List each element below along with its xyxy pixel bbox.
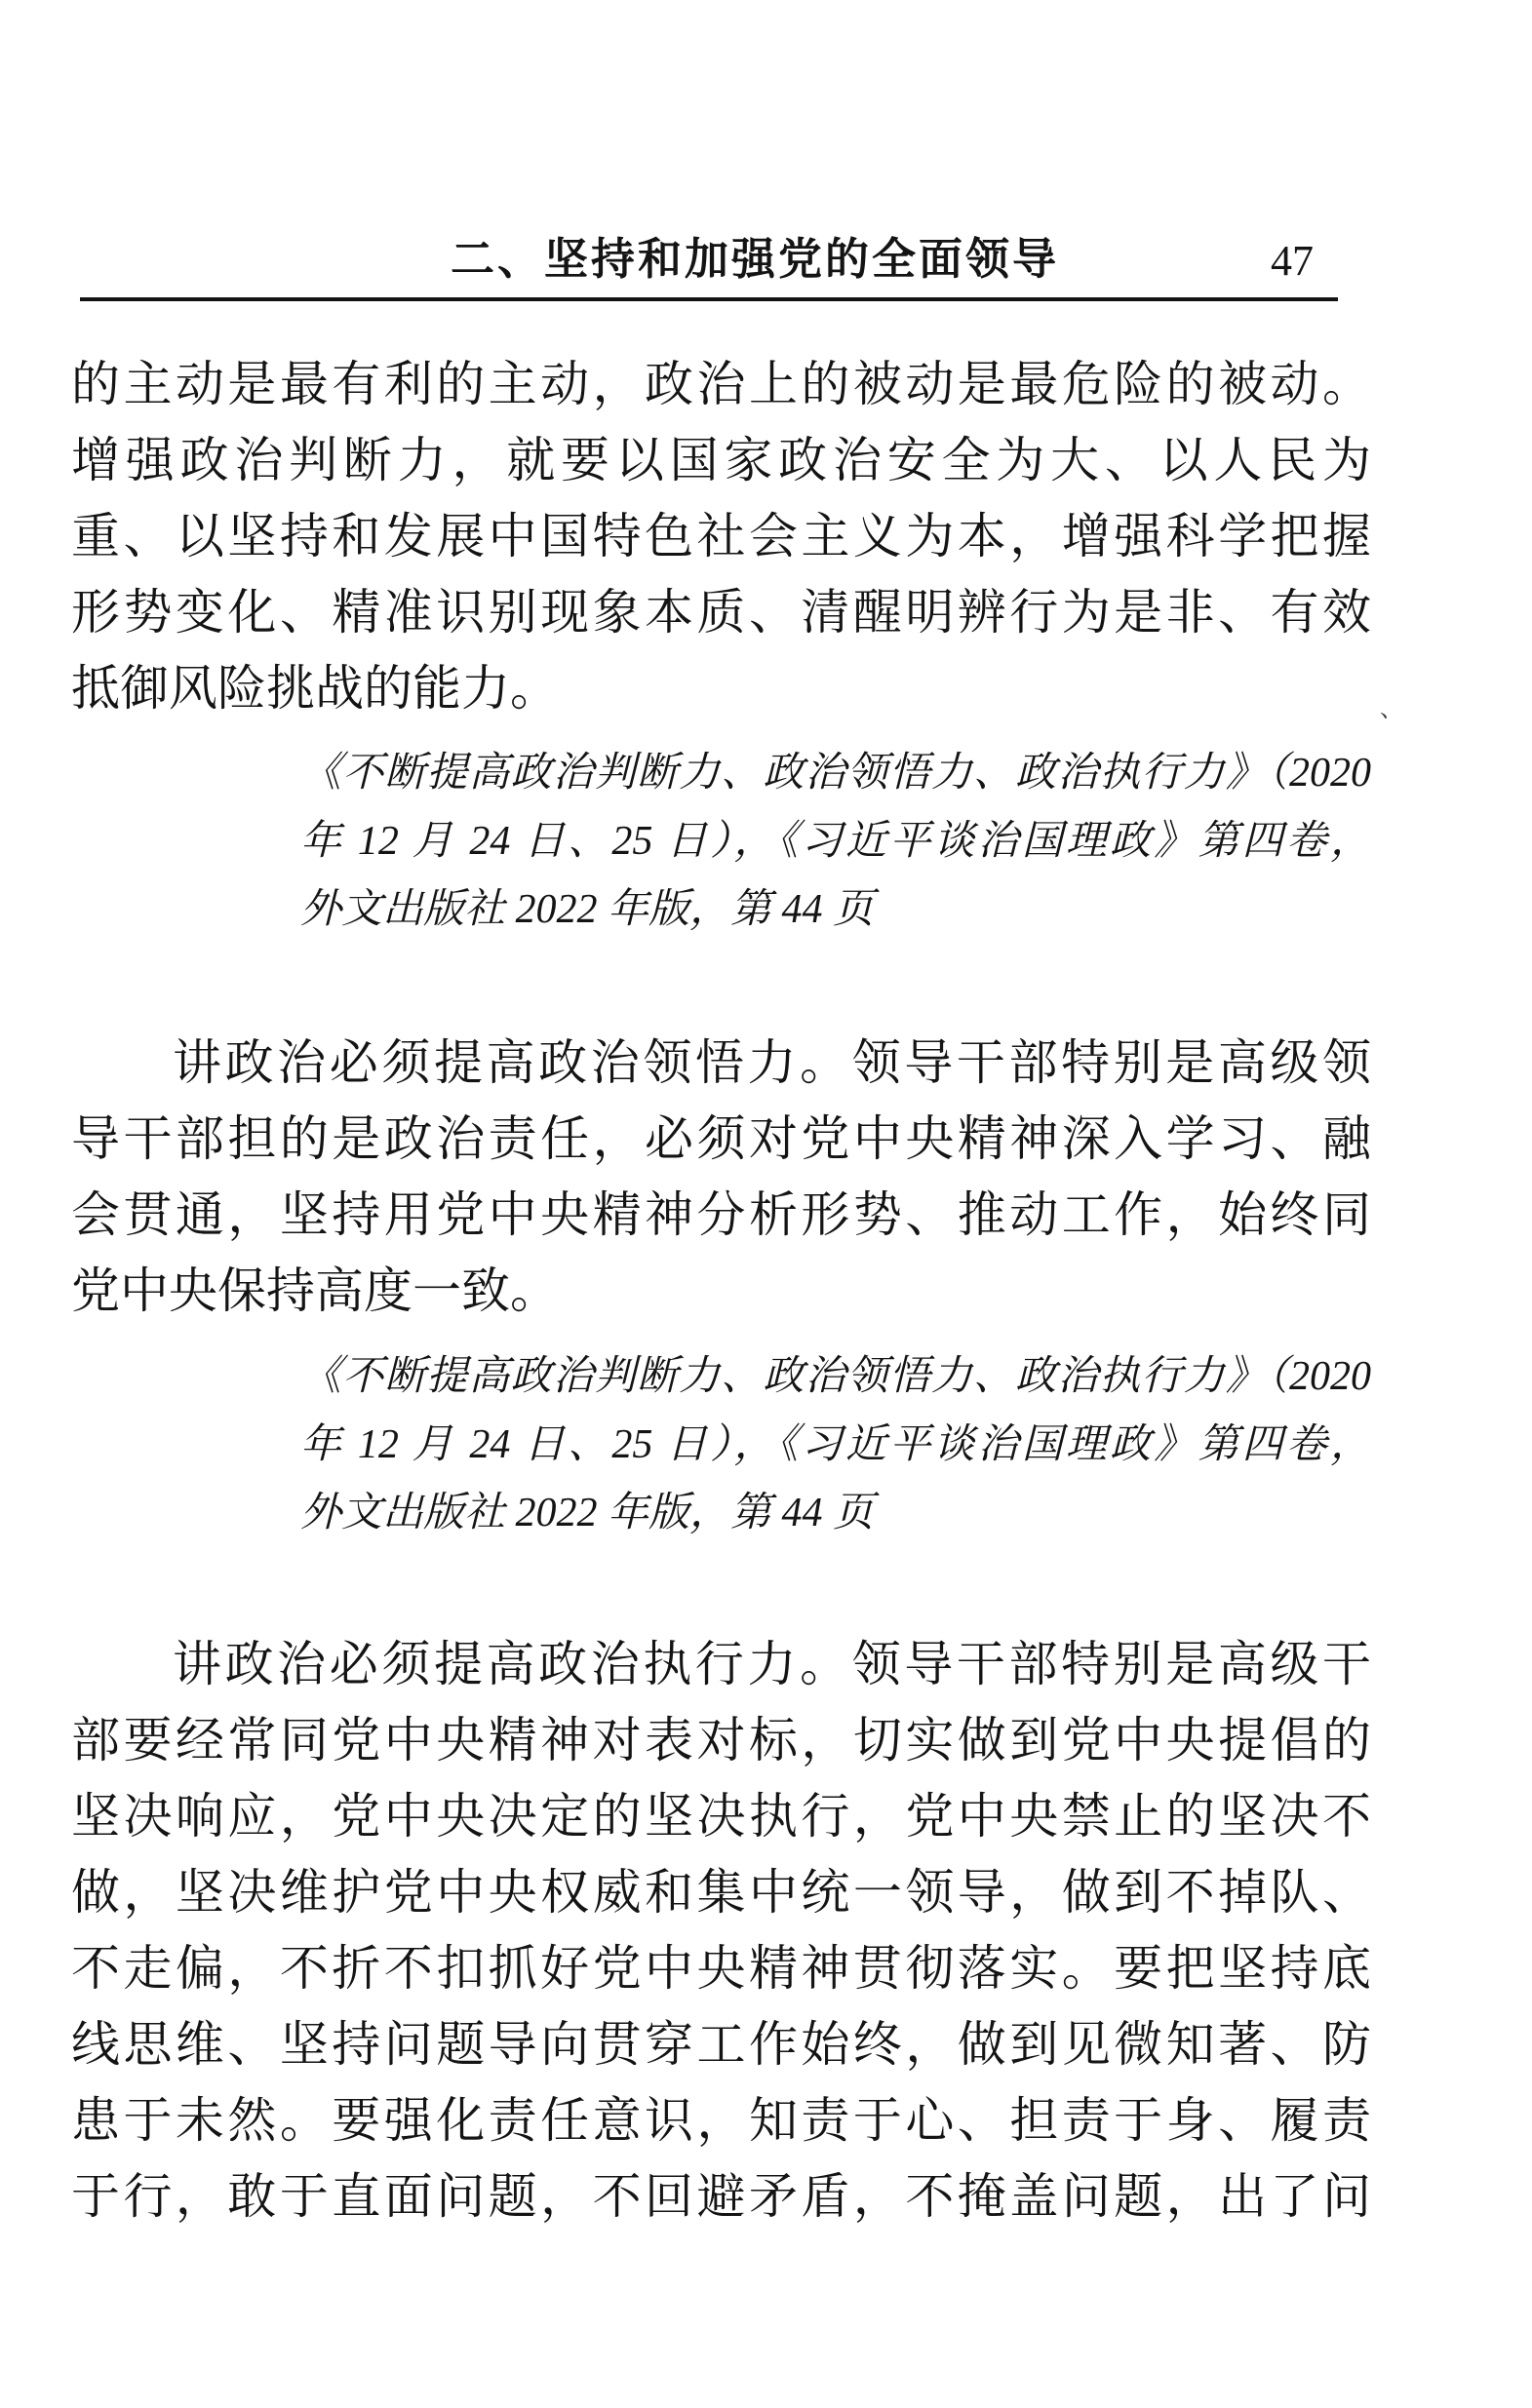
text-line: 导干部担的是政治责任，必须对党中央精神深入学习、融 [71,1101,1371,1177]
paragraph: 讲政治必须提高政治执行力。领导干部特别是高级干部要经常同党中央精神对表对标，切实… [71,1626,1371,2234]
text-line: 重、以坚持和发展中国特色社会主义为本，增强科学把握 [71,498,1371,574]
text-line: 线思维、坚持问题导向贯穿工作始终，做到见微知著、防 [71,2006,1371,2082]
citation-block: 《不断提高政治判断力、政治领悟力、政治执行力》（2020年 12 月 24 日、… [300,739,1371,944]
page-number: 47 [1271,234,1314,289]
text-line: 《不断提高政治判断力、政治领悟力、政治执行力》（2020 [300,1342,1371,1411]
scan-artifact-mark: 、 [1380,698,1403,721]
text-line: 部要经常同党中央精神对表对标，切实做到党中央提倡的 [71,1702,1371,1778]
chapter-title: 二、坚持和加强党的全面领导 [451,232,1059,287]
text-line: 年 12 月 24 日、25 日），《习近平谈治国理政》第四卷， [300,1411,1371,1479]
paragraph: 讲政治必须提高政治领悟力。领导干部特别是高级领导干部担的是政治责任，必须对党中央… [71,1025,1371,1329]
text-line: 不走偏，不折不扣抓好党中央精神贯彻落实。要把坚持底 [71,1930,1371,2006]
text-line: 讲政治必须提高政治执行力。领导干部特别是高级干 [71,1626,1371,1702]
text-line: 坚决响应，党中央决定的坚决执行，党中央禁止的坚决不 [71,1778,1371,1854]
text-line: 于行，敢于直面问题，不回避矛盾，不掩盖问题，出了问 [71,2158,1371,2234]
text-line: 外文出版社 2022 年版，第 44 页 [300,1479,1371,1547]
text-line: 《不断提高政治判断力、政治领悟力、政治执行力》（2020 [300,739,1371,807]
text-line: 党中央保持高度一致。 [71,1253,1371,1329]
text-line: 外文出版社 2022 年版，第 44 页 [300,875,1371,944]
text-line: 的主动是最有利的主动，政治上的被动是最危险的被动。 [71,346,1371,422]
header-rule [80,297,1338,301]
book-page: 二、坚持和加强党的全面领导 47 的主动是最有利的主动，政治上的被动是最危险的被… [0,0,1532,2408]
text-line: 做，坚决维护党中央权威和集中统一领导，做到不掉队、 [71,1854,1371,1930]
text-line: 形势变化、精准识别现象本质、清醒明辨行为是非、有效 [71,574,1371,650]
text-line: 增强政治判断力，就要以国家政治安全为大、以人民为 [71,422,1371,498]
text-line: 年 12 月 24 日、25 日），《习近平谈治国理政》第四卷， [300,807,1371,875]
citation-block: 《不断提高政治判断力、政治领悟力、政治执行力》（2020年 12 月 24 日、… [300,1342,1371,1547]
text-line: 患于未然。要强化责任意识，知责于心、担责于身、履责 [71,2082,1371,2158]
text-line: 会贯通，坚持用党中央精神分析形势、推动工作，始终同 [71,1177,1371,1253]
paragraph-continuation: 的主动是最有利的主动，政治上的被动是最危险的被动。增强政治判断力，就要以国家政治… [71,346,1371,726]
text-line: 讲政治必须提高政治领悟力。领导干部特别是高级领 [71,1025,1371,1101]
text-line: 抵御风险挑战的能力。 [71,650,1371,726]
